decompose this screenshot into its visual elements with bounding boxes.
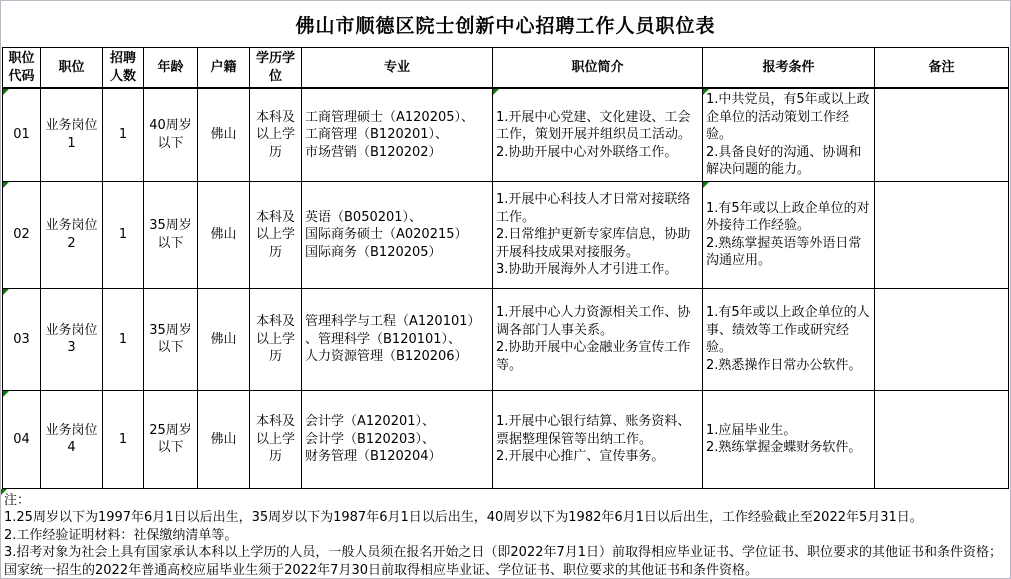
cell-residence: 佛山 bbox=[198, 390, 250, 488]
spreadsheet: 佛山市顺德区院士创新中心招聘工作人员职位表 职位 代码 职位 招聘 人数 年龄 … bbox=[0, 0, 1011, 579]
col-header-age: 年龄 bbox=[144, 48, 198, 89]
cell-remarks bbox=[875, 88, 1009, 181]
cell-code: 03 bbox=[3, 288, 41, 390]
cell-intro: 1.开展中心人力资源相关工作、协调各部门人事关系。 2.协助开展中心金融业务宣传… bbox=[493, 288, 703, 390]
error-indicator-icon bbox=[3, 391, 9, 397]
cell-education: 本科及 以上学 历 bbox=[250, 288, 302, 390]
error-indicator-icon bbox=[703, 89, 709, 95]
cell-code: 01 bbox=[3, 88, 41, 181]
col-header-conditions: 报考条件 bbox=[703, 48, 875, 89]
cell-residence: 佛山 bbox=[198, 88, 250, 181]
cell-major: 管理科学与工程（A120101） 、管理科学（B120101）、 人力资源管理（… bbox=[302, 288, 493, 390]
cell-count: 1 bbox=[103, 88, 144, 181]
cell-residence: 佛山 bbox=[198, 288, 250, 390]
table-row: 04 业务岗位 4 1 25周岁 以下 佛山 本科及 以上学 历 会计学（A12… bbox=[3, 390, 1009, 488]
cell-code: 04 bbox=[3, 390, 41, 488]
note-line-1: 1.25周岁以下为1997年6月1日以后出生，35周岁以下为1987年6月1日以… bbox=[4, 509, 1006, 527]
cell-intro: 1.开展中心党建、文化建设、工会工作，策划开展并组织员工活动。 2.协助开展中心… bbox=[493, 88, 703, 181]
cell-conditions: 1.中共党员，有5年或以上政企单位的活动策划工作经验。 2.具备良好的沟通、协调… bbox=[703, 88, 875, 181]
cell-major: 英语（B050201）、 国际商务硕士（A020215） 国际商务（B12020… bbox=[302, 181, 493, 288]
conditions-text: 1.中共党员，有5年或以上政企单位的活动策划工作经验。 2.具备良好的沟通、协调… bbox=[706, 92, 870, 177]
error-indicator-icon bbox=[3, 182, 9, 188]
cell-count: 1 bbox=[103, 181, 144, 288]
cell-intro: 1.开展中心银行结算、账务资料、票据整理保管等出纳工作。 2.开展中心推广、宣传… bbox=[493, 390, 703, 488]
header-row: 职位 代码 职位 招聘 人数 年龄 户籍 学历学 位 专业 职位简介 报考条件 … bbox=[3, 48, 1009, 89]
cell-education: 本科及 以上学 历 bbox=[250, 88, 302, 181]
cell-position: 业务岗位 2 bbox=[41, 181, 103, 288]
cell-residence: 佛山 bbox=[198, 181, 250, 288]
cell-position: 业务岗位 4 bbox=[41, 390, 103, 488]
col-header-code: 职位 代码 bbox=[3, 48, 41, 89]
error-indicator-icon bbox=[3, 89, 9, 95]
cell-conditions: 1.有5年或以上政企单位的对外接待工作经验。 2.熟练掌握英语等外语日常沟通应用… bbox=[703, 181, 875, 288]
notes-heading: 注： bbox=[4, 492, 1006, 510]
cell-position: 业务岗位 1 bbox=[41, 88, 103, 181]
table-header: 职位 代码 职位 招聘 人数 年龄 户籍 学历学 位 专业 职位简介 报考条件 … bbox=[3, 48, 1009, 89]
col-header-education: 学历学 位 bbox=[250, 48, 302, 89]
cell-education: 本科及 以上学 历 bbox=[250, 390, 302, 488]
cell-remarks bbox=[875, 390, 1009, 488]
page-title: 佛山市顺德区院士创新中心招聘工作人员职位表 bbox=[1, 1, 1010, 47]
cell-age: 25周岁 以下 bbox=[144, 390, 198, 488]
error-indicator-icon bbox=[1, 489, 7, 495]
code-text: 01 bbox=[13, 127, 30, 142]
code-text: 04 bbox=[13, 432, 30, 447]
cell-conditions: 1.有5年或以上政企单位的人事、绩效等工作或研究经验。 2.熟悉操作日常办公软件… bbox=[703, 288, 875, 390]
cell-position: 业务岗位 3 bbox=[41, 288, 103, 390]
notes-section: 注： 1.25周岁以下为1997年6月1日以后出生，35周岁以下为1987年6月… bbox=[1, 489, 1010, 579]
table-row: 01 业务岗位 1 1 40周岁 以下 佛山 本科及 以上学 历 工商管理硕士（… bbox=[3, 88, 1009, 181]
table-row: 03 业务岗位 3 1 35周岁 以下 佛山 本科及 以上学 历 管理科学与工程… bbox=[3, 288, 1009, 390]
col-header-residence: 户籍 bbox=[198, 48, 250, 89]
cell-conditions: 1.应届毕业生。 2.熟练掌握金蝶财务软件。 bbox=[703, 390, 875, 488]
cell-count: 1 bbox=[103, 288, 144, 390]
cell-age: 35周岁 以下 bbox=[144, 288, 198, 390]
code-text: 02 bbox=[13, 227, 30, 242]
cell-major: 工商管理硕士（A120205）、 工商管理（B120201）、 市场营销（B12… bbox=[302, 88, 493, 181]
cell-remarks bbox=[875, 181, 1009, 288]
note-line-2: 2.工作经验证明材料：社保缴纳清单等。 bbox=[4, 527, 1006, 545]
cell-age: 35周岁 以下 bbox=[144, 181, 198, 288]
job-positions-table: 职位 代码 职位 招聘 人数 年龄 户籍 学历学 位 专业 职位简介 报考条件 … bbox=[2, 47, 1009, 489]
col-header-remarks: 备注 bbox=[875, 48, 1009, 89]
cell-major: 会计学（A120201）、 会计学（B120203）、 财务管理（B120204… bbox=[302, 390, 493, 488]
error-indicator-icon bbox=[703, 182, 709, 188]
error-indicator-icon bbox=[493, 89, 499, 95]
cell-intro: 1.开展中心科技人才日常对接联络工作。 2.日常维护更新专家库信息，协助开展科技… bbox=[493, 181, 703, 288]
col-header-intro: 职位简介 bbox=[493, 48, 703, 89]
cell-age: 40周岁 以下 bbox=[144, 88, 198, 181]
cell-code: 02 bbox=[3, 181, 41, 288]
col-header-position: 职位 bbox=[41, 48, 103, 89]
col-header-major: 专业 bbox=[302, 48, 493, 89]
code-text: 03 bbox=[13, 332, 30, 347]
cell-count: 1 bbox=[103, 390, 144, 488]
cell-education: 本科及 以上学 历 bbox=[250, 181, 302, 288]
note-line-3: 3.招考对象为社会上具有国家承认本科以上学历的人员，一般人员须在报名开始之日（即… bbox=[4, 544, 1006, 579]
intro-text: 1.开展中心党建、文化建设、工会工作，策划开展并组织员工活动。 2.协助开展中心… bbox=[496, 110, 691, 160]
col-header-count: 招聘 人数 bbox=[103, 48, 144, 89]
error-indicator-icon bbox=[3, 289, 9, 295]
conditions-text: 1.有5年或以上政企单位的对外接待工作经验。 2.熟练掌握英语等外语日常沟通应用… bbox=[706, 201, 870, 269]
table-row: 02 业务岗位 2 1 35周岁 以下 佛山 本科及 以上学 历 英语（B050… bbox=[3, 181, 1009, 288]
cell-remarks bbox=[875, 288, 1009, 390]
